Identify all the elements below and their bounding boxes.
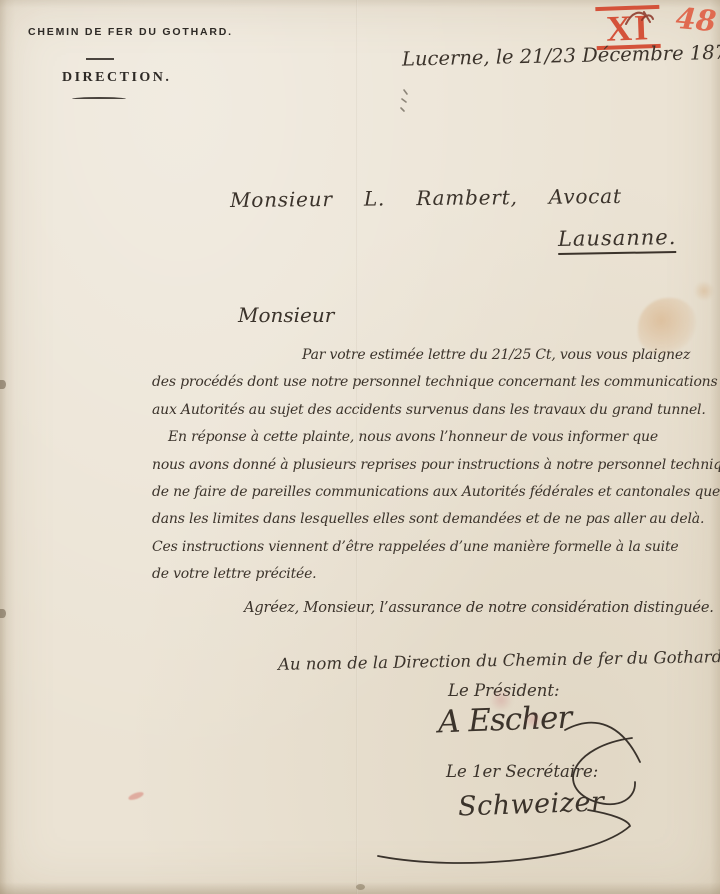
- ink-smudge: [524, 712, 542, 728]
- body-line: aux Autorités au sujet des accidents sur…: [152, 402, 714, 429]
- body-line: nous avons donné à plusieurs reprises po…: [152, 457, 714, 484]
- signature-flourishes: [360, 688, 660, 878]
- letterhead-rule: [86, 58, 114, 60]
- edge-notch: [0, 380, 6, 389]
- body-line: En réponse à cette plainte, nous avons l…: [152, 429, 714, 456]
- edge-notch: [0, 609, 6, 618]
- paper-speck: [356, 884, 365, 890]
- recipient-city: Lausanne.: [558, 225, 677, 255]
- letter-body: Par votre estimée lettre du 21/25 Ct, vo…: [152, 347, 714, 626]
- signing-authority-line: Au nom de la Direction du Chemin de fer …: [278, 647, 720, 674]
- red-scribble-mark: [622, 6, 656, 32]
- letter-scan-page: CHEMIN DE FER DU GOTHARD. DIRECTION. XI …: [0, 0, 720, 894]
- body-line: des procédés dont use notre personnel te…: [152, 374, 714, 401]
- closing-formula: Agréez, Monsieur, l’assurance de notre c…: [152, 599, 714, 626]
- rust-stain-small: [694, 282, 714, 300]
- body-line: Ces instructions viennent d’être rappelé…: [152, 539, 714, 566]
- red-speck: [127, 790, 144, 801]
- pencil-marks: [398, 86, 420, 116]
- letterhead-company: CHEMIN DE FER DU GOTHARD.: [28, 26, 233, 38]
- body-line: dans les limites dans lesquelles elles s…: [152, 511, 714, 538]
- body-line: de votre lettre précitée.: [152, 566, 714, 593]
- body-line: Par votre estimée lettre du 21/25 Ct, vo…: [152, 347, 714, 374]
- letterhead-department: DIRECTION.: [62, 70, 171, 86]
- paper-fold-crease: [356, 0, 358, 894]
- letterhead-rule: [72, 97, 126, 101]
- recipient-line: Monsieur L. Rambert, Avocat: [230, 184, 622, 212]
- body-line: de ne faire de pareilles communications …: [152, 484, 714, 511]
- dateline: Lucerne, le 21/23 Décembre 1877.: [402, 40, 720, 70]
- archival-number: 48: [674, 1, 717, 38]
- rust-stain: [638, 298, 696, 354]
- salutation: Monsieur: [238, 303, 334, 327]
- ink-smudge: [488, 690, 514, 710]
